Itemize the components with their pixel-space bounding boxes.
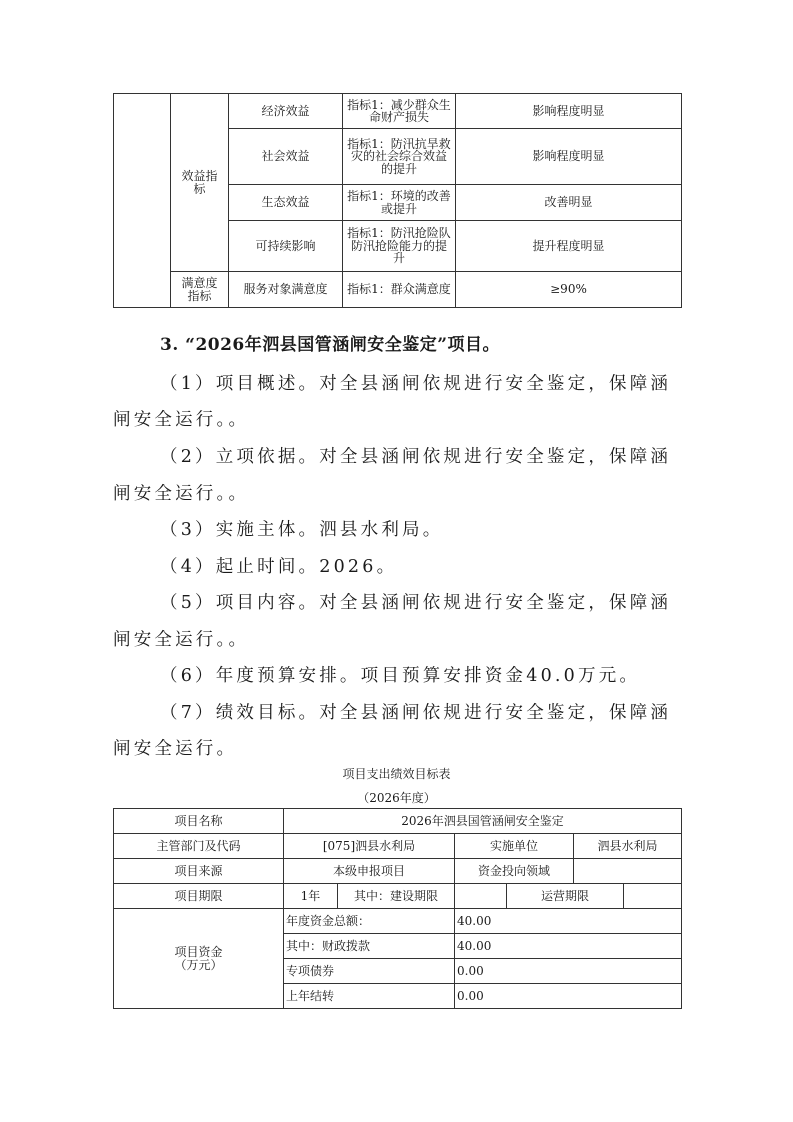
benefit-category-cell: 效益指标: [171, 94, 229, 272]
section-heading: 3. “2026年泗县国管涵闸安全鉴定”项目。: [160, 330, 500, 355]
paragraph-basis-line1: （2）立项依据。对全县涵闸依规进行安全鉴定，保障涵: [160, 443, 671, 468]
indicator-cell: 指标1：防汛抢险队防汛抢险能力的提升: [343, 221, 456, 272]
table-row: 项目来源 本级申报项目 资金投向领域: [114, 859, 682, 884]
table-subtitle: （2026年度）: [0, 789, 793, 806]
sub-indicator-cell: 经济效益: [229, 94, 343, 129]
paragraph-goal-line2: 闸安全运行。: [113, 735, 237, 760]
source-value: 本级申报项目: [284, 859, 455, 884]
sub-indicator-cell: 服务对象满意度: [229, 272, 343, 308]
indicator-cell: 指标1：环境的改善或提升: [343, 185, 456, 221]
benefit-category-label: 效益指标: [181, 169, 217, 196]
funds-item-value: 0.00: [455, 959, 682, 984]
build-period-label: 其中：建设期限: [338, 884, 455, 909]
funds-unit: （万元）: [117, 959, 280, 972]
source-label: 项目来源: [114, 859, 284, 884]
sub-indicator-cell: 社会效益: [229, 129, 343, 185]
funds-item-value: 0.00: [455, 984, 682, 1009]
period-value: 1年: [284, 884, 338, 909]
target-value-cell: 影响程度明显: [456, 129, 682, 185]
funds-label: 项目资金: [117, 946, 280, 959]
satisfaction-category-cell: 满意度指标: [171, 272, 229, 308]
table-row: 项目资金 （万元） 年度资金总额： 40.00: [114, 909, 682, 934]
impl-unit-label: 实施单位: [455, 834, 574, 859]
indicator-cell: 指标1：减少群众生命财产损失: [343, 94, 456, 129]
funds-item-label: 专项债券: [284, 959, 455, 984]
target-value-cell: 改善明显: [456, 185, 682, 221]
funds-item-value: 40.00: [455, 909, 682, 934]
table-row: 主管部门及代码 [075]泗县水利局 实施单位 泗县水利局: [114, 834, 682, 859]
benefit-indicators-table: 效益指标 经济效益 指标1：减少群众生命财产损失 影响程度明显 社会效益 指标1…: [113, 93, 682, 308]
paragraph-budget: （6）年度预算安排。项目预算安排资金40.0万元。: [160, 662, 640, 687]
invest-field-label: 资金投向领域: [455, 859, 574, 884]
funds-item-label: 其中：财政拨款: [284, 934, 455, 959]
satisfaction-category-label: 满意度指标: [181, 276, 217, 303]
funds-label-cell: 项目资金 （万元）: [114, 909, 284, 1009]
table-row: 项目期限 1年 其中：建设期限 运营期限: [114, 884, 682, 909]
period-label: 项目期限: [114, 884, 284, 909]
paragraph-content-line2: 闸安全运行。。: [113, 626, 249, 651]
paragraph-content-line1: （5）项目内容。对全县涵闸依规进行安全鉴定，保障涵: [160, 589, 671, 614]
table-row: 项目名称 2026年泗县国管涵闸安全鉴定: [114, 809, 682, 834]
paragraph-overview-line1: （1）项目概述。对全县涵闸依规进行安全鉴定，保障涵: [160, 370, 671, 395]
operate-period-value: [624, 884, 682, 909]
operate-period-label: 运营期限: [507, 884, 624, 909]
project-name-label: 项目名称: [114, 809, 284, 834]
paragraph-overview-line2: 闸安全运行。。: [113, 406, 249, 431]
dept-value: [075]泗县水利局: [284, 834, 455, 859]
funds-item-value: 40.00: [455, 934, 682, 959]
paragraph-implementer: （3）实施主体。泗县水利局。: [160, 516, 443, 541]
paragraph-basis-line2: 闸安全运行。。: [113, 480, 249, 505]
indicator-cell: 指标1：群众满意度: [343, 272, 456, 308]
paragraph-goal-line1: （7）绩效目标。对全县涵闸依规进行安全鉴定，保障涵: [160, 699, 671, 724]
sub-indicator-cell: 生态效益: [229, 185, 343, 221]
paragraph-period: （4）起止时间。2026。: [160, 553, 397, 578]
level1-cell: [114, 94, 171, 308]
table-row: 满意度指标 服务对象满意度 指标1：群众满意度 ≥90%: [114, 272, 682, 308]
target-value-cell: 提升程度明显: [456, 221, 682, 272]
target-value-cell: ≥90%: [456, 272, 682, 308]
table-row: 效益指标 经济效益 指标1：减少群众生命财产损失 影响程度明显: [114, 94, 682, 129]
funds-item-label: 年度资金总额：: [284, 909, 455, 934]
project-name-value: 2026年泗县国管涵闸安全鉴定: [284, 809, 682, 834]
build-period-value: [455, 884, 507, 909]
indicator-cell: 指标1：防汛抗旱救灾的社会综合效益的提升: [343, 129, 456, 185]
invest-field-value: [574, 859, 682, 884]
dept-label: 主管部门及代码: [114, 834, 284, 859]
target-value-cell: 影响程度明显: [456, 94, 682, 129]
sub-indicator-cell: 可持续影响: [229, 221, 343, 272]
performance-target-table: 项目名称 2026年泗县国管涵闸安全鉴定 主管部门及代码 [075]泗县水利局 …: [113, 808, 682, 1009]
table-title: 项目支出绩效目标表: [0, 765, 793, 782]
impl-unit-value: 泗县水利局: [574, 834, 682, 859]
funds-item-label: 上年结转: [284, 984, 455, 1009]
